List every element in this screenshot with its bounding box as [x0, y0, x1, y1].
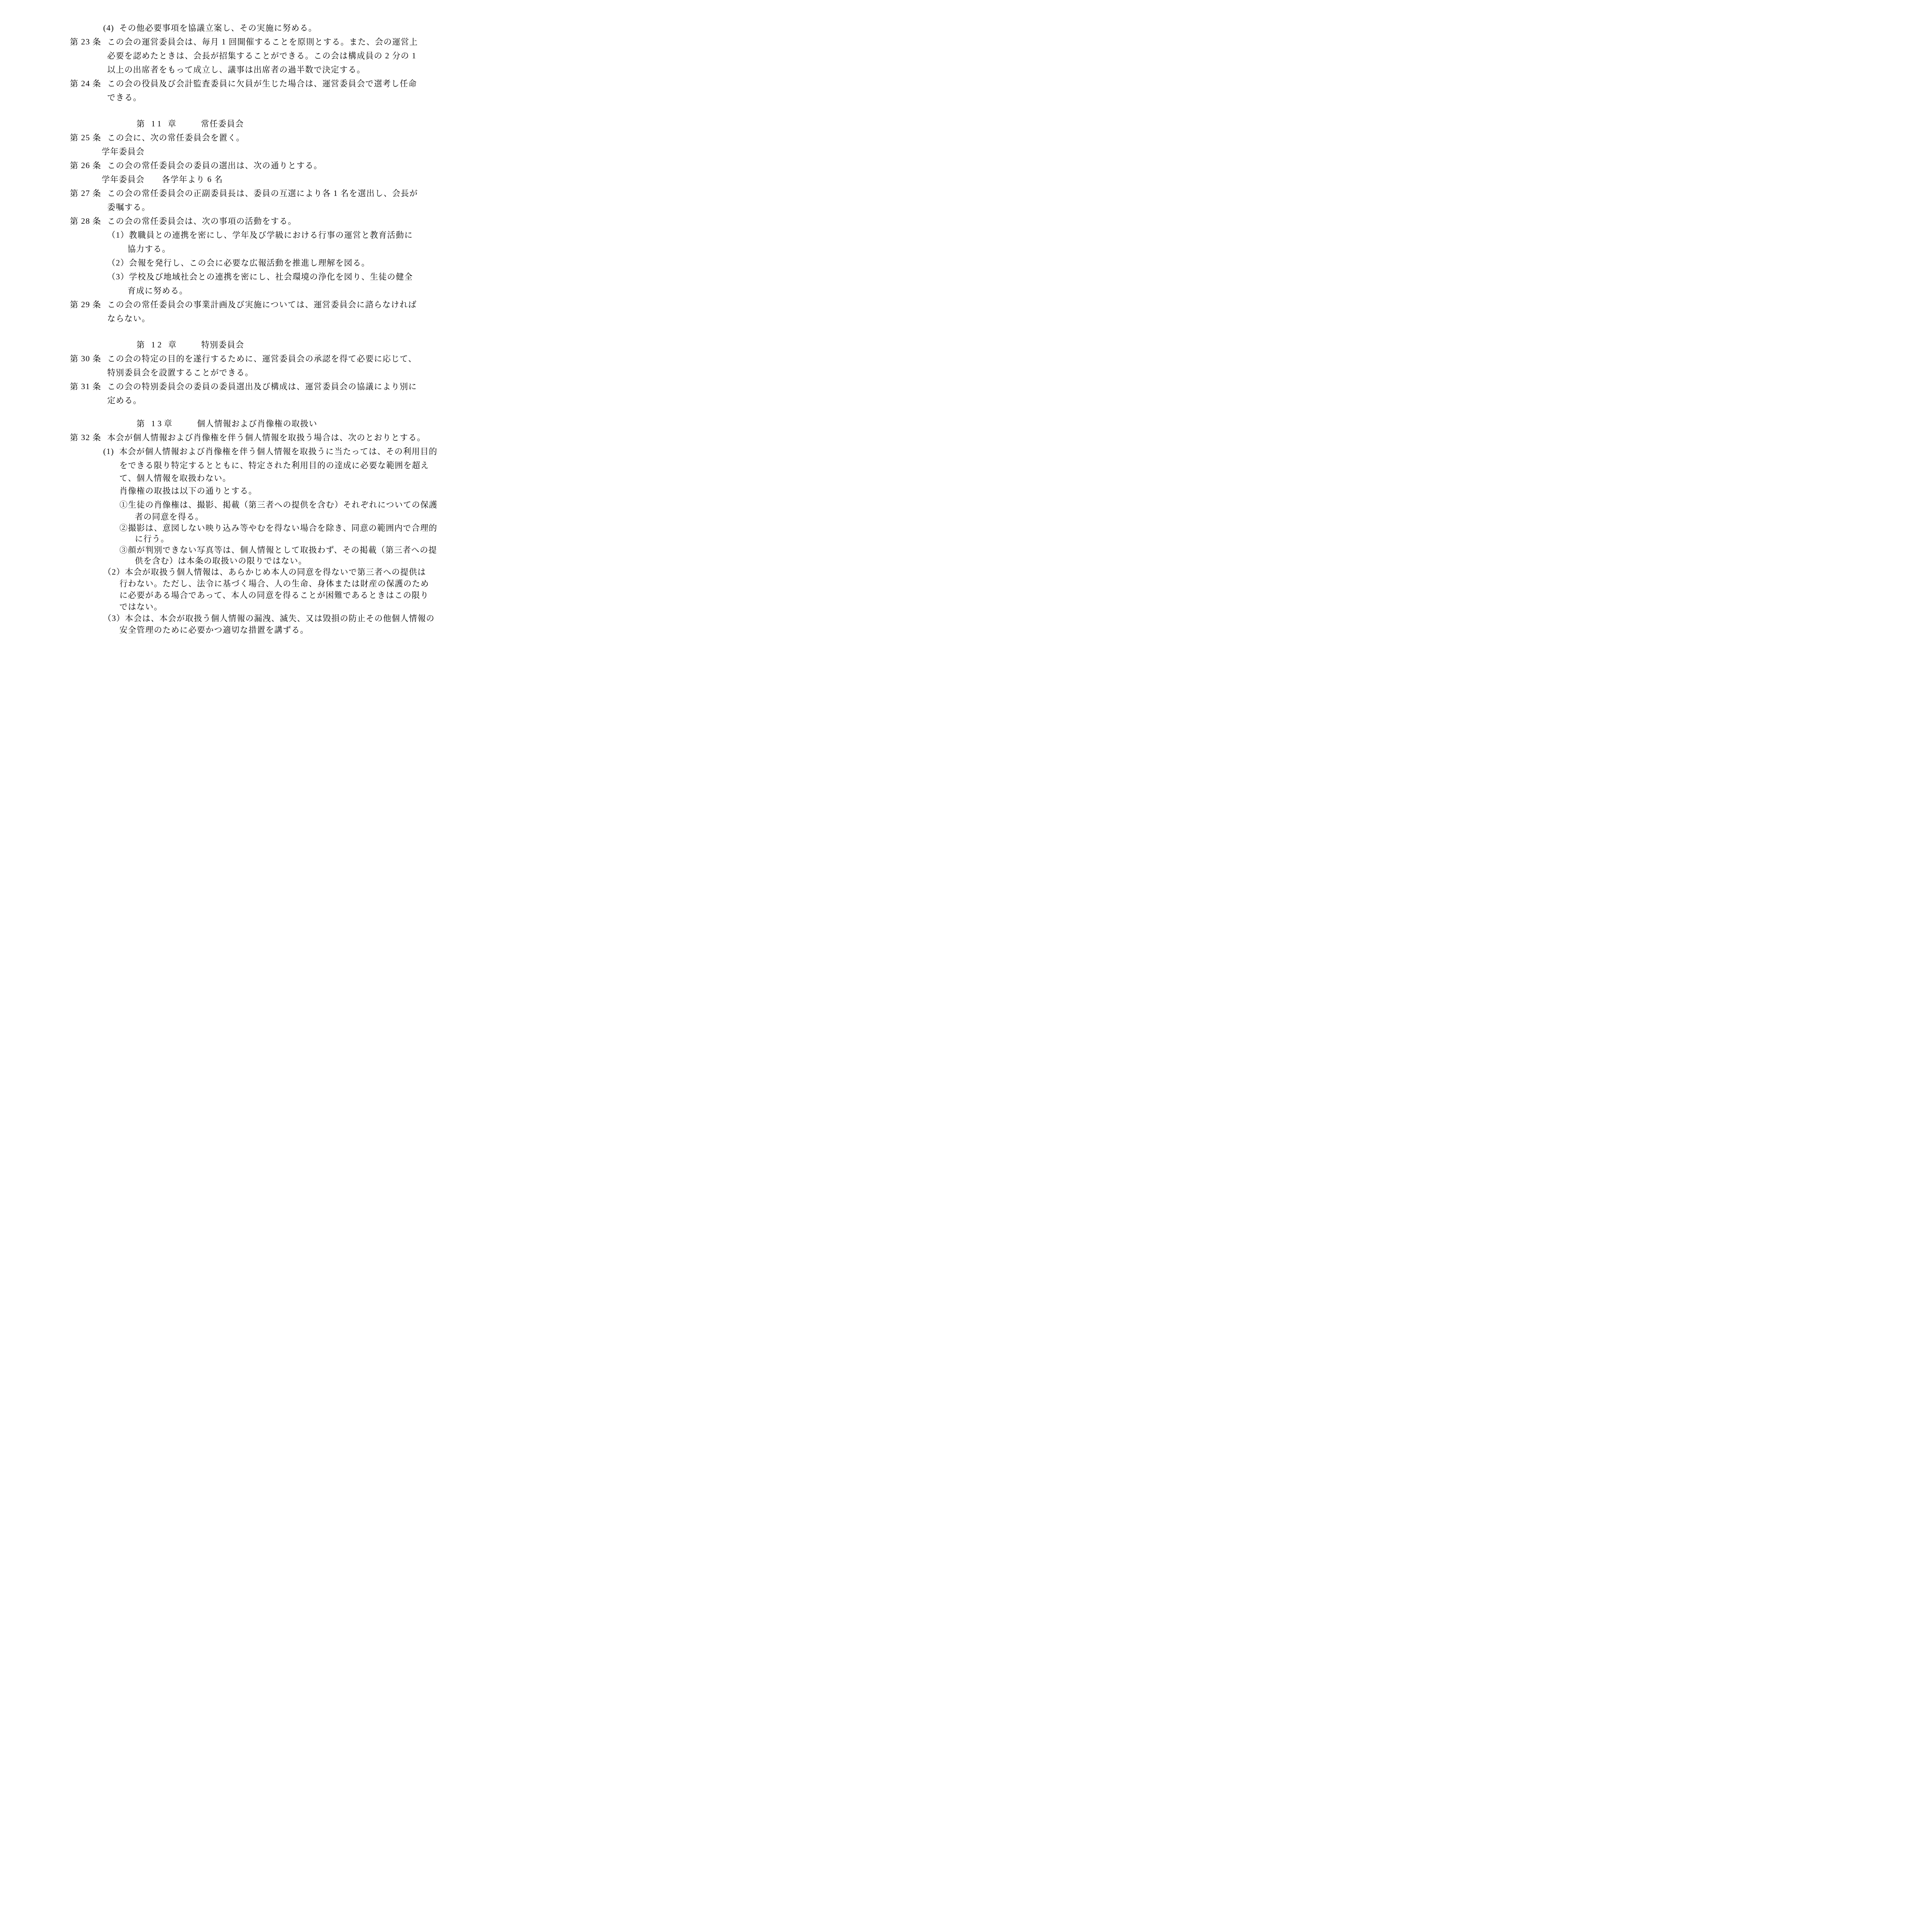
list-item-line: (1) 本会が個人情報および肖像権を伴う個人情報を取扱うに当たっては、その利用目… [103, 444, 437, 458]
chapter-number: 第 11 章 [136, 119, 178, 128]
article-line: 第 23 条この会の運営委員会は、毎月 1 回開催することを原則とする。また、会… [70, 35, 437, 49]
article-text: この会に、次の常任委員会を置く。 [107, 133, 245, 142]
article-number: 第 29 条 [70, 298, 107, 311]
continuation-line: 必要を認めたときは、会長が招集することができる。この会は構成員の 2 分の 1 [107, 49, 437, 63]
article-number: 第 24 条 [70, 77, 107, 90]
article-text: この会の特別委員会の委員の委員選出及び構成は、運営委員会の協議により別に [107, 382, 417, 391]
list-item-line: （3）学校及び地域社会との連携を密にし、社会環境の浄化を図り、生徒の健全 [107, 270, 437, 284]
continuation-line: に行う。 [135, 534, 437, 544]
continuation-line: 委嘱する。 [107, 200, 437, 214]
article-text: この会の常任委員会は、次の事項の活動をする。 [107, 216, 297, 226]
article-text: この会の運営委員会は、毎月 1 回開催することを原則とする。また、会の運営上 [107, 37, 418, 46]
chapter-number: 第 12 章 [136, 340, 179, 349]
article-text: この会の常任委員会の正副委員長は、委員の互選により各 1 名を選出し、会長が [107, 189, 418, 198]
article-text: この会の役員及び会計監査委員に欠員が生じた場合は、運営委員会で選考し任命 [107, 79, 417, 88]
article-number: 第 28 条 [70, 214, 107, 228]
continuation-line: 育成に努める。 [128, 284, 437, 298]
article-line: 第 30 条この会の特定の目的を遂行するために、運営委員会の承認を得て必要に応じ… [70, 352, 437, 366]
chapter-title: 常任委員会 [201, 119, 244, 128]
continuation-line: 安全管理のために必要かつ適切な措置を講ずる。 [119, 624, 437, 636]
chapter-heading: 第 12 章特別委員会 [136, 338, 437, 352]
article-number: 第 25 条 [70, 131, 107, 145]
continuation-line: に必要がある場合であって、本人の同意を得ることが困難であるときはこの限り [119, 589, 437, 601]
article-text: この会の常任委員会の事業計画及び実施については、運営委員会に諮らなければ [107, 300, 417, 309]
continuation-line: 以上の出席者をもって成立し、議事は出席者の過半数で決定する。 [107, 63, 437, 77]
continuation-line: 定める。 [107, 393, 437, 407]
article-line: 第 29 条この会の常任委員会の事業計画及び実施については、運営委員会に諮らなけ… [70, 298, 437, 311]
continuation-line: ならない。 [107, 311, 437, 325]
continuation-line: をできる限り特定するとともに、特定された利用目的の達成に必要な範囲を超え [119, 458, 437, 472]
article-number: 第 32 条 [70, 430, 107, 444]
article-line: 第 28 条この会の常任委員会は、次の事項の活動をする。 [70, 214, 437, 228]
article-number: 第 27 条 [70, 186, 107, 200]
list-item-line: （2）会報を発行し、この会に必要な広報活動を推進し理解を図る。 [107, 256, 437, 270]
continuation-line: 協力する。 [128, 242, 437, 256]
continuation-line: 行わない。ただし、法令に基づく場合、人の生命、身体または財産の保護のため [119, 578, 437, 589]
continuation-line: て、個人情報を取扱わない。 [119, 472, 437, 484]
article-number: 第 31 条 [70, 379, 107, 393]
list-item-line: （2）本会が取扱う個人情報は、あらかじめ本人の同意を得ないで第三者への提供は [103, 566, 437, 578]
continuation-line: ではない。 [119, 601, 437, 612]
section-gap [70, 104, 437, 117]
document-page: (4) その他必要事項を協議立案し、その実施に努める。第 23 条この会の運営委… [0, 0, 479, 678]
continuation-line: 者の同意を得る。 [135, 512, 437, 522]
article-text: この会の特定の目的を遂行するために、運営委員会の承認を得て必要に応じて、 [107, 354, 417, 363]
article-text: 本会が個人情報および肖像権を伴う個人情報を取扱う場合は、次のとおりとする。 [107, 433, 426, 442]
continuation-line: 学年委員会 各学年より 6 名 [102, 172, 437, 186]
list-item-line: （3）本会は、本会が取扱う個人情報の漏洩、滅失、又は毀損の防止その他個人情報の [103, 612, 437, 624]
continuation-line: 供を含む）は本条の取扱いの限りではない。 [135, 556, 437, 566]
section-gap [70, 407, 437, 417]
list-item-line: ②撮影は、意図しない映り込み等やむを得ない場合を除き、同意の範囲内で合理的 [119, 522, 437, 534]
chapter-heading: 第 13章個人情報および肖像権の取扱い [136, 417, 437, 430]
continuation-line: できる。 [107, 90, 437, 104]
chapter-heading: 第 11 章常任委員会 [136, 117, 437, 131]
article-line: 第 25 条この会に、次の常任委員会を置く。 [70, 131, 437, 145]
list-item-line: ③顔が判別できない写真等は、個人情報として取扱わず、その掲載（第三者への提 [119, 544, 437, 556]
chapter-number: 第 13章 [136, 419, 174, 428]
article-number: 第 26 条 [70, 158, 107, 172]
article-line: 第 27 条この会の常任委員会の正副委員長は、委員の互選により各 1 名を選出し… [70, 186, 437, 200]
continuation-line: 特別委員会を設置することができる。 [107, 366, 437, 379]
chapter-title: 個人情報および肖像権の取扱い [197, 419, 318, 428]
article-line: 第 31 条この会の特別委員会の委員の委員選出及び構成は、運営委員会の協議により… [70, 379, 437, 393]
continuation-line: 学年委員会 [102, 145, 437, 158]
article-text: この会の常任委員会の委員の選出は、次の通りとする。 [107, 161, 323, 170]
list-item-line: (4) その他必要事項を協議立案し、その実施に努める。 [103, 21, 437, 35]
list-item-line: ①生徒の肖像権は、撮影、掲載（第三者への提供を含む）それぞれについての保護 [119, 498, 437, 512]
article-line: 第 26 条この会の常任委員会の委員の選出は、次の通りとする。 [70, 158, 437, 172]
section-gap [70, 325, 437, 338]
article-line: 第 32 条本会が個人情報および肖像権を伴う個人情報を取扱う場合は、次のとおりと… [70, 430, 437, 444]
continuation-line: 肖像権の取扱は以下の通りとする。 [119, 484, 437, 498]
chapter-title: 特別委員会 [201, 340, 244, 349]
list-item-line: （1）教職員との連携を密にし、学年及び学級における行事の運営と教育活動に [107, 228, 437, 242]
article-line: 第 24 条この会の役員及び会計監査委員に欠員が生じた場合は、運営委員会で選考し… [70, 77, 437, 90]
article-number: 第 23 条 [70, 35, 107, 49]
article-number: 第 30 条 [70, 352, 107, 366]
